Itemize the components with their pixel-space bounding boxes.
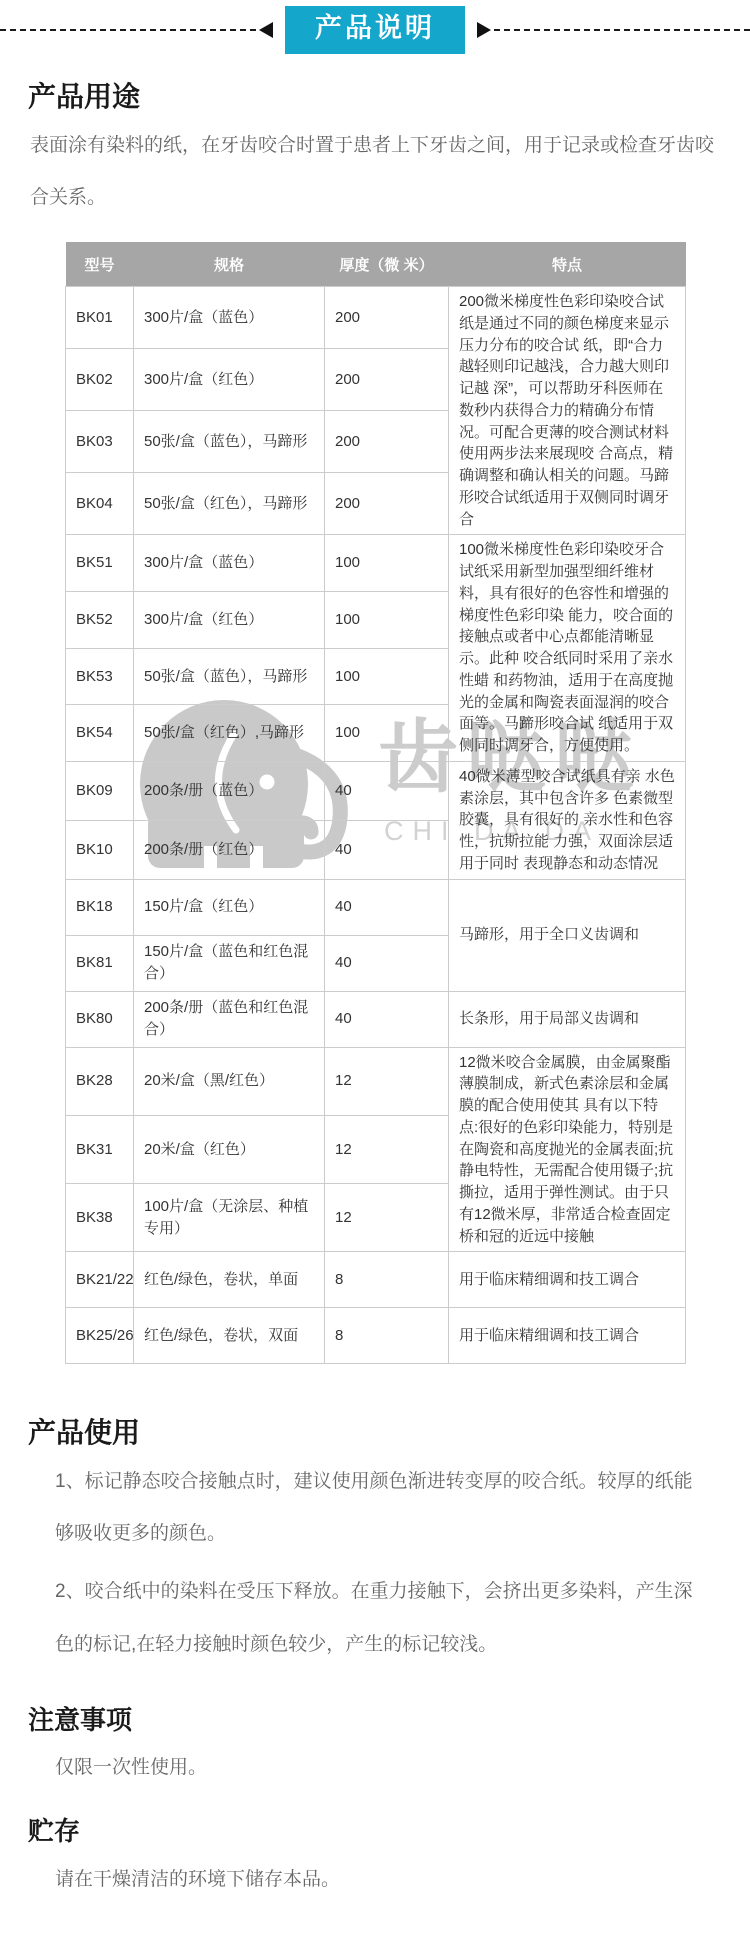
cell-model: BK38 bbox=[66, 1184, 134, 1252]
table-row: BK18150片/盒（红色）40马蹄形，用于全口义齿调和 bbox=[66, 879, 686, 935]
dashed-line-left bbox=[0, 29, 256, 31]
cell-spec: 红色/绿色，卷状，双面 bbox=[134, 1308, 325, 1364]
cell-feature: 用于临床精细调和技工调合 bbox=[449, 1252, 686, 1308]
cell-spec: 50张/盒（红色）,马蹄形 bbox=[134, 705, 325, 762]
cell-feature: 40微米薄型咬合试纸具有亲 水色素涂层，其中包含许多 色素微型胶囊，具有很好的 … bbox=[449, 761, 686, 879]
table-row: BK80200条/册（蓝色和红色混合）40长条形，用于局部义齿调和 bbox=[66, 991, 686, 1047]
dashed-line-right bbox=[494, 29, 750, 31]
cell-thickness: 200 bbox=[325, 473, 449, 535]
table-row: BK2820米/盒（黑/红色）1212微米咬合金属膜，由金属聚酯薄膜制成，新式色… bbox=[66, 1047, 686, 1115]
product-spec-table-wrap: 型号规格厚度（微 米）特点 BK01300片/盒（蓝色）200200微米梯度性色… bbox=[65, 242, 685, 1364]
section-title-use: 产品使用 bbox=[28, 1416, 750, 1450]
table-row: BK21/22红色/绿色，卷状，单面8用于临床精细调和技工调合 bbox=[66, 1252, 686, 1308]
cell-thickness: 40 bbox=[325, 820, 449, 879]
table-header-3: 特点 bbox=[449, 242, 686, 287]
cell-feature: 长条形，用于局部义齿调和 bbox=[449, 991, 686, 1047]
cell-spec: 50张/盒（蓝色），马蹄形 bbox=[134, 411, 325, 473]
cell-model: BK21/22 bbox=[66, 1252, 134, 1308]
left-arrow-icon bbox=[259, 22, 273, 38]
cell-model: BK02 bbox=[66, 349, 134, 411]
cell-thickness: 12 bbox=[325, 1115, 449, 1183]
section-title-storage: 贮存 bbox=[28, 1816, 750, 1847]
cell-feature: 100微米梯度性色彩印染咬牙合试纸采用新型加强型细纤维材料，具有很好的色容性和增… bbox=[449, 535, 686, 762]
cell-thickness: 40 bbox=[325, 935, 449, 991]
cell-thickness: 100 bbox=[325, 591, 449, 648]
cell-thickness: 12 bbox=[325, 1047, 449, 1115]
table-header-0: 型号 bbox=[66, 242, 134, 287]
table-row: BK01300片/盒（蓝色）200200微米梯度性色彩印染咬合试纸是通过不同的颜… bbox=[66, 287, 686, 349]
cell-spec: 300片/盒（蓝色） bbox=[134, 287, 325, 349]
cell-thickness: 100 bbox=[325, 535, 449, 592]
cell-model: BK09 bbox=[66, 761, 134, 820]
cell-thickness: 200 bbox=[325, 287, 449, 349]
cell-feature: 用于临床精细调和技工调合 bbox=[449, 1308, 686, 1364]
cell-spec: 300片/盒（红色） bbox=[134, 591, 325, 648]
cell-spec: 50张/盒（红色），马蹄形 bbox=[134, 473, 325, 535]
storage-text: 请在干燥清洁的环境下储存本品。 bbox=[55, 1854, 710, 1906]
banner-row: 产品说明 bbox=[0, 6, 750, 54]
cell-spec: 300片/盒（蓝色） bbox=[134, 535, 325, 592]
section-title-usage: 产品用途 bbox=[28, 80, 750, 114]
cell-spec: 100片/盒（无涂层、种植专用） bbox=[134, 1184, 325, 1252]
table-header-row: 型号规格厚度（微 米）特点 bbox=[66, 242, 686, 287]
product-spec-table: 型号规格厚度（微 米）特点 BK01300片/盒（蓝色）200200微米梯度性色… bbox=[65, 242, 686, 1364]
cell-spec: 150片/盒（红色） bbox=[134, 879, 325, 935]
cell-thickness: 8 bbox=[325, 1308, 449, 1364]
cell-model: BK52 bbox=[66, 591, 134, 648]
cell-thickness: 8 bbox=[325, 1252, 449, 1308]
cell-model: BK51 bbox=[66, 535, 134, 592]
cell-model: BK04 bbox=[66, 473, 134, 535]
cell-thickness: 40 bbox=[325, 761, 449, 820]
cell-model: BK53 bbox=[66, 648, 134, 705]
cell-model: BK10 bbox=[66, 820, 134, 879]
cell-spec: 200条/册（蓝色） bbox=[134, 761, 325, 820]
use-item-2: 2、咬合纸中的染料在受压下释放。在重力接触下，会挤出更多染料，产生深色的标记,在… bbox=[55, 1566, 710, 1671]
use-item-1: 1、标记静态咬合接触点时，建议使用颜色渐进转变厚的咬合纸。较厚的纸能够吸收更多的… bbox=[55, 1456, 710, 1561]
cell-spec: 红色/绿色，卷状，单面 bbox=[134, 1252, 325, 1308]
cell-feature: 200微米梯度性色彩印染咬合试纸是通过不同的颜色梯度来显示压力分布的咬合试 纸，… bbox=[449, 287, 686, 535]
table-row: BK51300片/盒（蓝色）100100微米梯度性色彩印染咬牙合试纸采用新型加强… bbox=[66, 535, 686, 592]
right-arrow-icon bbox=[477, 22, 491, 38]
cell-thickness: 200 bbox=[325, 411, 449, 473]
cell-model: BK18 bbox=[66, 879, 134, 935]
cell-model: BK31 bbox=[66, 1115, 134, 1183]
cell-thickness: 100 bbox=[325, 705, 449, 762]
cell-feature: 马蹄形，用于全口义齿调和 bbox=[449, 879, 686, 991]
table-header-1: 规格 bbox=[134, 242, 325, 287]
cell-spec: 300片/盒（红色） bbox=[134, 349, 325, 411]
cell-spec: 150片/盒（蓝色和红色混合） bbox=[134, 935, 325, 991]
cell-model: BK25/26 bbox=[66, 1308, 134, 1364]
section-title-notice: 注意事项 bbox=[28, 1705, 750, 1736]
cell-thickness: 100 bbox=[325, 648, 449, 705]
table-row: BK25/26红色/绿色，卷状，双面8用于临床精细调和技工调合 bbox=[66, 1308, 686, 1364]
banner-title: 产品说明 bbox=[285, 6, 465, 53]
cell-spec: 200条/册（蓝色和红色混合） bbox=[134, 991, 325, 1047]
cell-spec: 20米/盒（黑/红色） bbox=[134, 1047, 325, 1115]
cell-spec: 200条/册（红色） bbox=[134, 820, 325, 879]
use-instructions: 1、标记静态咬合接触点时，建议使用颜色渐进转变厚的咬合纸。较厚的纸能够吸收更多的… bbox=[0, 1456, 750, 1671]
table-header-2: 厚度（微 米） bbox=[325, 242, 449, 287]
cell-feature: 12微米咬合金属膜，由金属聚酯薄膜制成，新式色素涂层和金属膜的配合使用使其 具有… bbox=[449, 1047, 686, 1252]
table-row: BK09200条/册（蓝色）4040微米薄型咬合试纸具有亲 水色素涂层，其中包含… bbox=[66, 761, 686, 820]
cell-model: BK54 bbox=[66, 705, 134, 762]
cell-thickness: 12 bbox=[325, 1184, 449, 1252]
cell-model: BK03 bbox=[66, 411, 134, 473]
cell-spec: 50张/盒（蓝色），马蹄形 bbox=[134, 648, 325, 705]
cell-thickness: 40 bbox=[325, 991, 449, 1047]
cell-thickness: 40 bbox=[325, 879, 449, 935]
cell-model: BK81 bbox=[66, 935, 134, 991]
notice-text: 仅限一次性使用。 bbox=[55, 1742, 710, 1794]
bottom-spacer bbox=[0, 1906, 750, 1940]
cell-model: BK80 bbox=[66, 991, 134, 1047]
usage-description: 表面涂有染料的纸，在牙齿咬合时置于患者上下牙齿之间，用于记录或检查牙齿咬合关系。 bbox=[30, 120, 722, 225]
cell-spec: 20米/盒（红色） bbox=[134, 1115, 325, 1183]
cell-model: BK28 bbox=[66, 1047, 134, 1115]
cell-model: BK01 bbox=[66, 287, 134, 349]
cell-thickness: 200 bbox=[325, 349, 449, 411]
